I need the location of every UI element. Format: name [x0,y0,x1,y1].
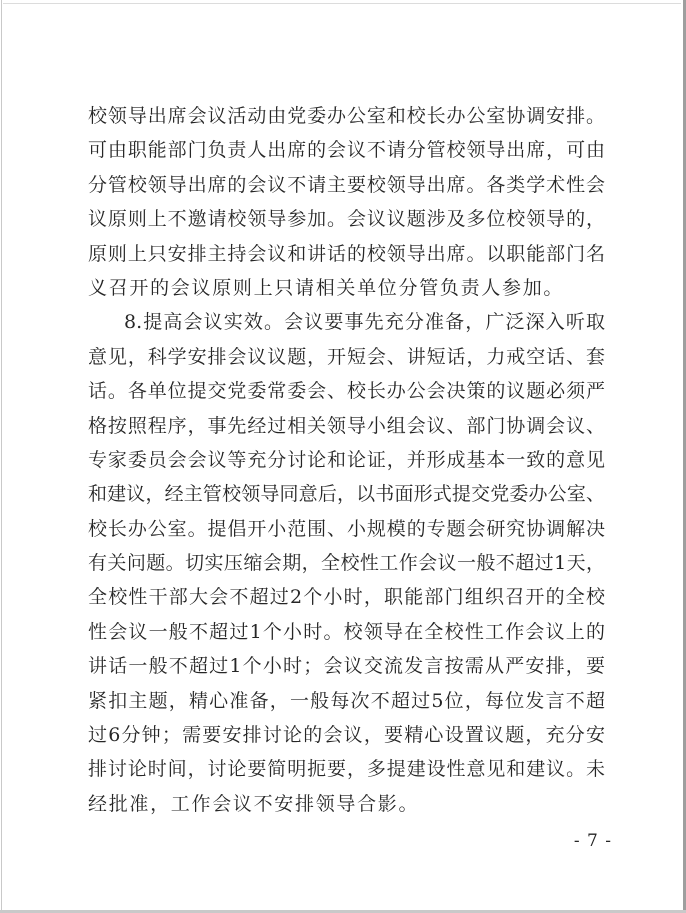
text-line: 过6分钟；需要安排讨论的会议，要精心设置议题，充分安 [88,718,605,752]
text-line: 校领导出席会议活动由党委办公室和校长办公室协调安排。 [88,99,605,133]
text-line: 紧扣主题，精心准备，一般每次不超过5位，每位发言不超 [88,684,605,718]
document-body: 校领导出席会议活动由党委办公室和校长办公室协调安排。可由职能部门负责人出席的会议… [88,99,605,821]
text-line: 全校性干部大会不超过2个小时，职能部门组织召开的全校 [88,580,605,614]
text-line: 经批准，工作会议不安排领导合影。 [88,787,605,821]
text-line: 讲话一般不超过1个小时；会议交流发言按需从严安排，要 [88,649,605,683]
text-line: 议原则上不邀请校领导参加。会议议题涉及多位校领导的， [88,202,605,236]
text-line: 话。各单位提交党委常委会、校长办公会决策的议题必须严 [88,374,605,408]
text-line: 专家委员会会议等充分讨论和论证，并形成基本一致的意见 [88,443,605,477]
text-line: 排讨论时间，讨论要简明扼要，多提建设性意见和建议。未 [88,752,605,786]
text-line: 有关问题。切实压缩会期，全校性工作会议一般不超过1天， [88,546,605,580]
document-page: 校领导出席会议活动由党委办公室和校长办公室协调安排。可由职能部门负责人出席的会议… [0,0,686,913]
text-line: 可由职能部门负责人出席的会议不请分管校领导出席，可由 [88,133,605,167]
text-line: 校长办公室。提倡开小范围、小规模的专题会研究协调解决 [88,512,605,546]
text-line: 性会议一般不超过1个小时。校领导在全校性工作会议上的 [88,615,605,649]
text-line: 义召开的会议原则上只请相关单位分管负责人参加。 [88,271,605,305]
text-line: 和建议，经主管校领导同意后，以书面形式提交党委办公室、 [88,477,605,511]
scan-border-top [3,3,681,4]
text-line: 意见，科学安排会议议题，开短会、讲短话，力戒空话、套 [88,340,605,374]
scan-border-left [1,0,2,913]
text-line: 8.提高会议实效。会议要事先充分准备，广泛深入听取 [88,305,605,339]
text-line: 原则上只安排主持会议和讲话的校领导出席。以职能部门名 [88,237,605,271]
page-number: - 7 - [574,831,612,851]
text-line: 格按照程序，事先经过相关领导小组会议、部门协调会议、 [88,409,605,443]
text-line: 分管校领导出席的会议不请主要校领导出席。各类学术性会 [88,168,605,202]
